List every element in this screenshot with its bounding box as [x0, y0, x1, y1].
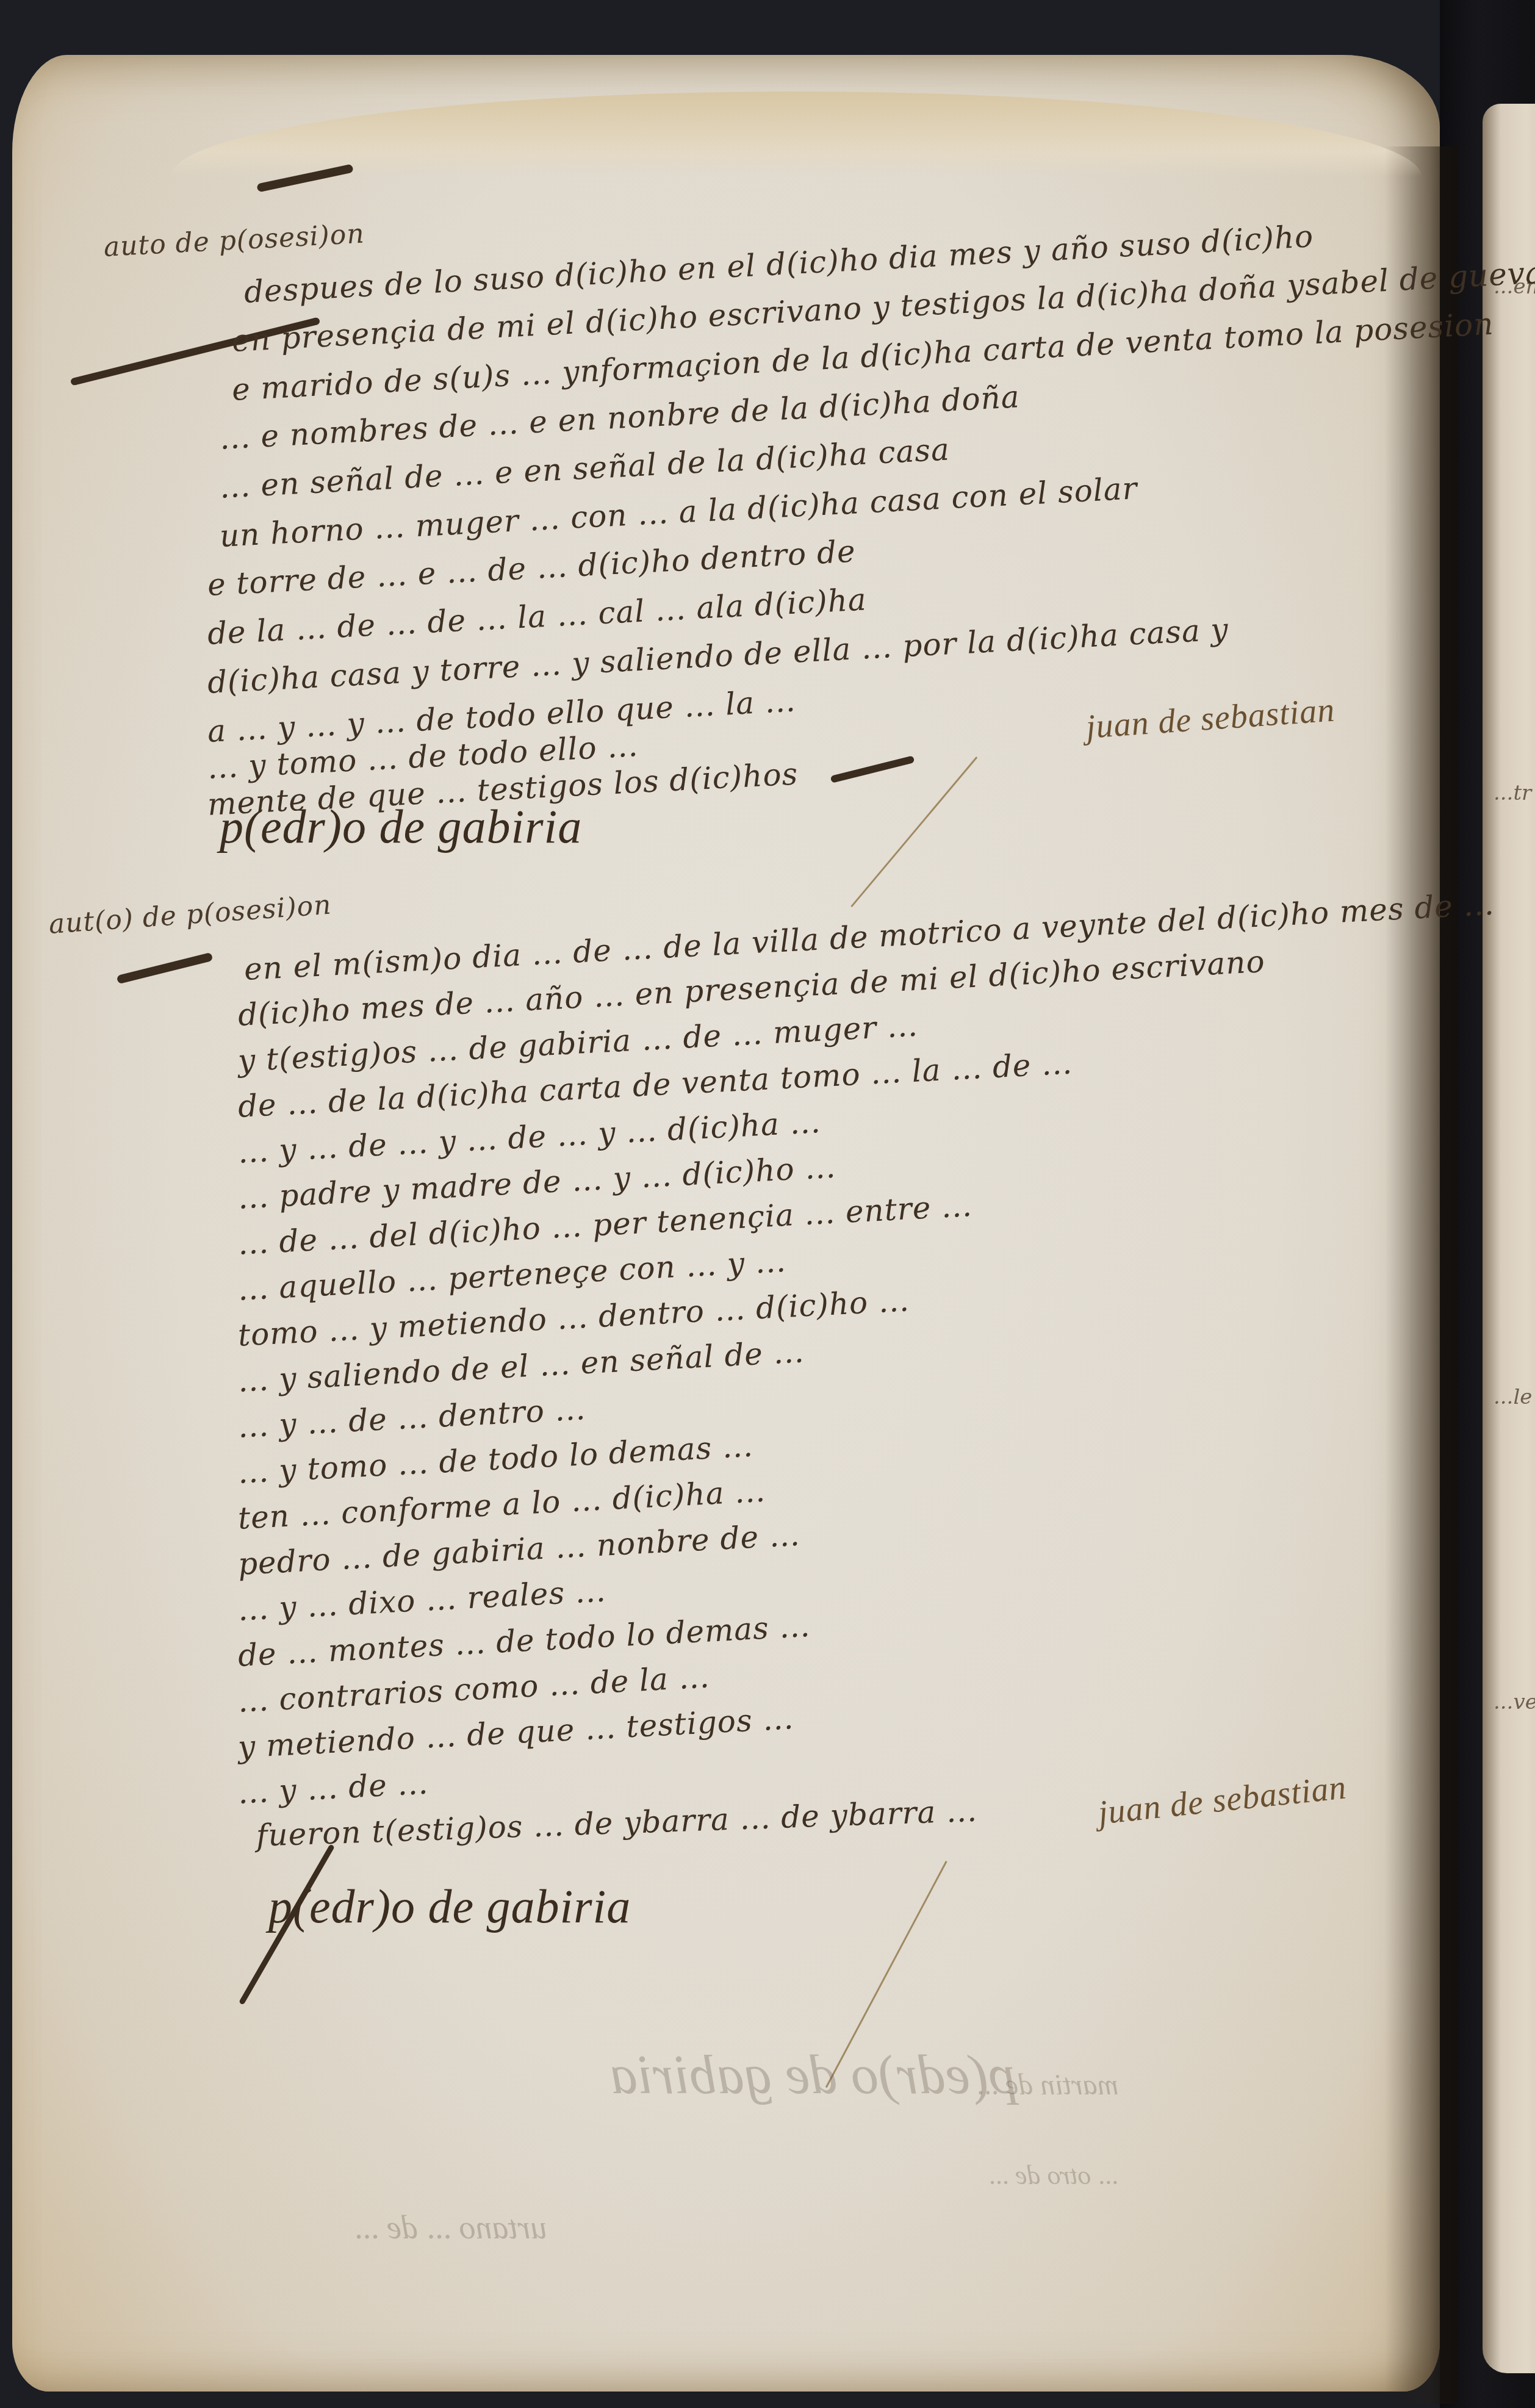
gutter-shadow	[1385, 146, 1458, 2404]
text-line: ... y ... de ...	[237, 1766, 429, 1811]
manuscript-page: auto de p(osesi)on despues de lo suso d(…	[12, 55, 1440, 2392]
margin-flourish	[117, 952, 214, 984]
facing-page-fragment: ...ver	[1494, 1690, 1535, 1714]
margin-heading: aut(o) de p(osesi)on	[48, 890, 333, 940]
facing-page-fragment: ...tr	[1494, 781, 1531, 805]
notary-signature: p(edr)o de gabiria	[268, 1879, 631, 1934]
bleed-through-text: martin de ...	[976, 2068, 1118, 2102]
witness-signature: juan de sebastian	[1096, 1767, 1348, 1832]
facing-page-edge: ...ens. ...tr ...le ...ver	[1483, 104, 1535, 2373]
text-line: ... y ... dixo ... reales ...	[237, 1573, 606, 1628]
margin-heading: auto de p(osesi)on	[103, 218, 365, 263]
diagonal-stroke	[850, 757, 977, 907]
facing-page-fragment: ...le	[1494, 1385, 1532, 1409]
line-end-flourish	[830, 755, 915, 783]
notary-signature: p(edr)o de gabiria	[220, 799, 582, 854]
text-line: ... y ... de ... dentro ...	[237, 1391, 586, 1445]
bleed-through-text: p(edr)o de gabiria	[610, 2044, 1016, 2107]
bleed-through-text: ... otro de ...	[988, 2160, 1118, 2191]
witness-signature: juan de sebastian	[1085, 691, 1336, 747]
page-top-edge	[171, 92, 1422, 177]
bleed-through-text: urtano ... de ...	[354, 2209, 547, 2246]
